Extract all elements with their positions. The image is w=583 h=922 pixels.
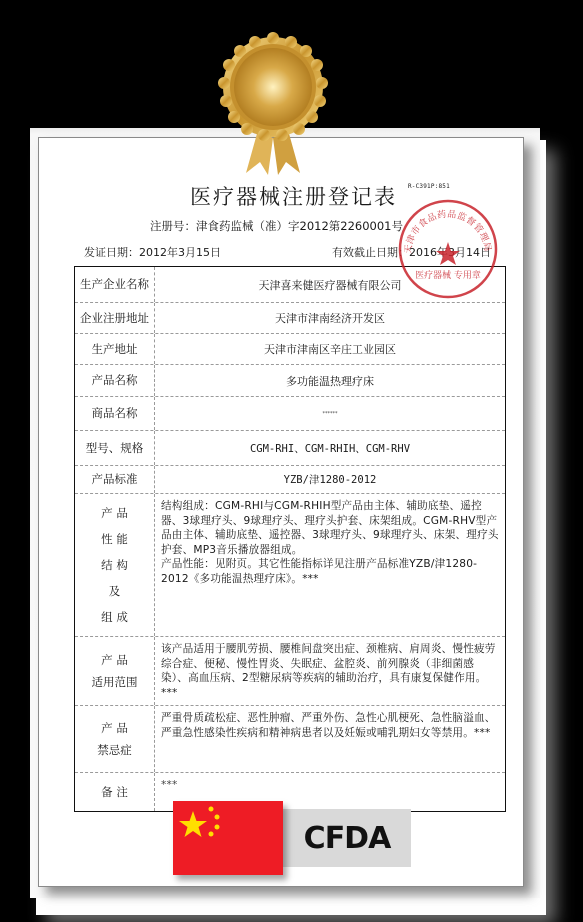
- issue-date-value: 2012年3月15日: [139, 246, 221, 259]
- row-value: 多功能温热理疗床: [155, 365, 505, 396]
- row-label: 产 品 禁忌症: [75, 706, 155, 772]
- table-row-trade-name: 商品名称 ******: [75, 397, 505, 431]
- label-line: 产 品: [101, 505, 128, 521]
- official-seal-icon: 天津市食品药品监督管理局 医疗器械 专用章: [397, 198, 499, 300]
- document-code: R-C391P:851: [408, 183, 450, 190]
- table-row-scope: 产 品 适用范围 该产品适用于腰肌劳损、腰椎间盘突出症、颈椎病、肩周炎、慢性疲劳…: [75, 637, 505, 706]
- table-row-product-name: 产品名称 多功能温热理疗床: [75, 365, 505, 397]
- label-line: 组 成: [101, 609, 128, 625]
- table-row-registered-address: 企业注册地址 天津市津南经济开发区: [75, 303, 505, 334]
- row-value: ******: [155, 397, 505, 430]
- cfda-label-box: CFDA: [283, 809, 411, 867]
- label-line: 产 品: [97, 720, 132, 736]
- flag-stars-icon: [173, 801, 283, 875]
- row-value: 天津市津南区辛庄工业园区: [155, 334, 505, 364]
- label-line: 适用范围: [92, 674, 138, 690]
- table-row-performance-structure: 产 品 性 能 结 构 及 组 成 结构组成：CGM-RHI与CGM-RHIH型…: [75, 494, 505, 637]
- cfda-badge: CFDA: [173, 801, 411, 883]
- gold-medal-icon: [218, 30, 328, 175]
- row-value: YZB/津1280-2012: [155, 466, 505, 493]
- china-flag: [173, 801, 283, 875]
- issue-date: 发证日期：2012年3月15日: [84, 244, 221, 260]
- row-value: 天津市津南经济开发区: [155, 303, 505, 333]
- label-line: 产 品: [92, 652, 138, 668]
- label-line: 性 能: [101, 531, 128, 547]
- row-label: 产 品 性 能 结 构 及 组 成: [75, 494, 155, 636]
- label-line: 及: [101, 583, 128, 599]
- label-line: 禁忌症: [97, 742, 132, 758]
- document-title: 医疗器械注册登记表: [190, 181, 397, 211]
- label-line: 结 构: [101, 557, 128, 573]
- row-label: 生产地址: [75, 334, 155, 364]
- seal-bottom-text: 医疗器械 专用章: [415, 269, 481, 281]
- table-row-model-spec: 型号、规格 CGM-RHI、CGM-RHIH、CGM-RHV: [75, 431, 505, 466]
- registration-table: 生产企业名称 天津喜来健医疗器械有限公司 企业注册地址 天津市津南经济开发区 生…: [74, 266, 506, 812]
- issue-date-label: 发证日期：: [84, 246, 139, 259]
- row-label: 产 品 适用范围: [75, 637, 155, 705]
- row-value: CGM-RHI、CGM-RHIH、CGM-RHV: [155, 431, 505, 465]
- registration-value: 津食药监械（准）字2012第2260001号: [196, 219, 403, 233]
- table-row-product-standard: 产品标准 YZB/津1280-2012: [75, 466, 505, 494]
- row-label: 备 注: [75, 773, 155, 811]
- table-row-production-address: 生产地址 天津市津南区辛庄工业园区: [75, 334, 505, 365]
- row-value: 严重骨质疏松症、恶性肿瘤、严重外伤、急性心肌梗死、急性脑溢血、严重急性感染性疾病…: [155, 706, 505, 772]
- row-label: 产品名称: [75, 365, 155, 396]
- row-label: 产品标准: [75, 466, 155, 493]
- row-label: 商品名称: [75, 397, 155, 430]
- cfda-label: CFDA: [304, 821, 391, 856]
- row-label: 企业注册地址: [75, 303, 155, 333]
- registration-number: 注册号：津食药监械（准）字2012第2260001号: [150, 218, 403, 234]
- row-value: 结构组成：CGM-RHI与CGM-RHIH型产品由主体、辅助底垫、遥控器、3球理…: [155, 494, 505, 636]
- table-row-contraindications: 产 品 禁忌症 严重骨质疏松症、恶性肿瘤、严重外伤、急性心肌梗死、急性脑溢血、严…: [75, 706, 505, 773]
- row-value: 该产品适用于腰肌劳损、腰椎间盘突出症、颈椎病、肩周炎、慢性疲劳综合症、便秘、慢性…: [155, 637, 505, 705]
- registration-label: 注册号：: [150, 219, 196, 233]
- row-label: 型号、规格: [75, 431, 155, 465]
- row-label: 生产企业名称: [75, 267, 155, 302]
